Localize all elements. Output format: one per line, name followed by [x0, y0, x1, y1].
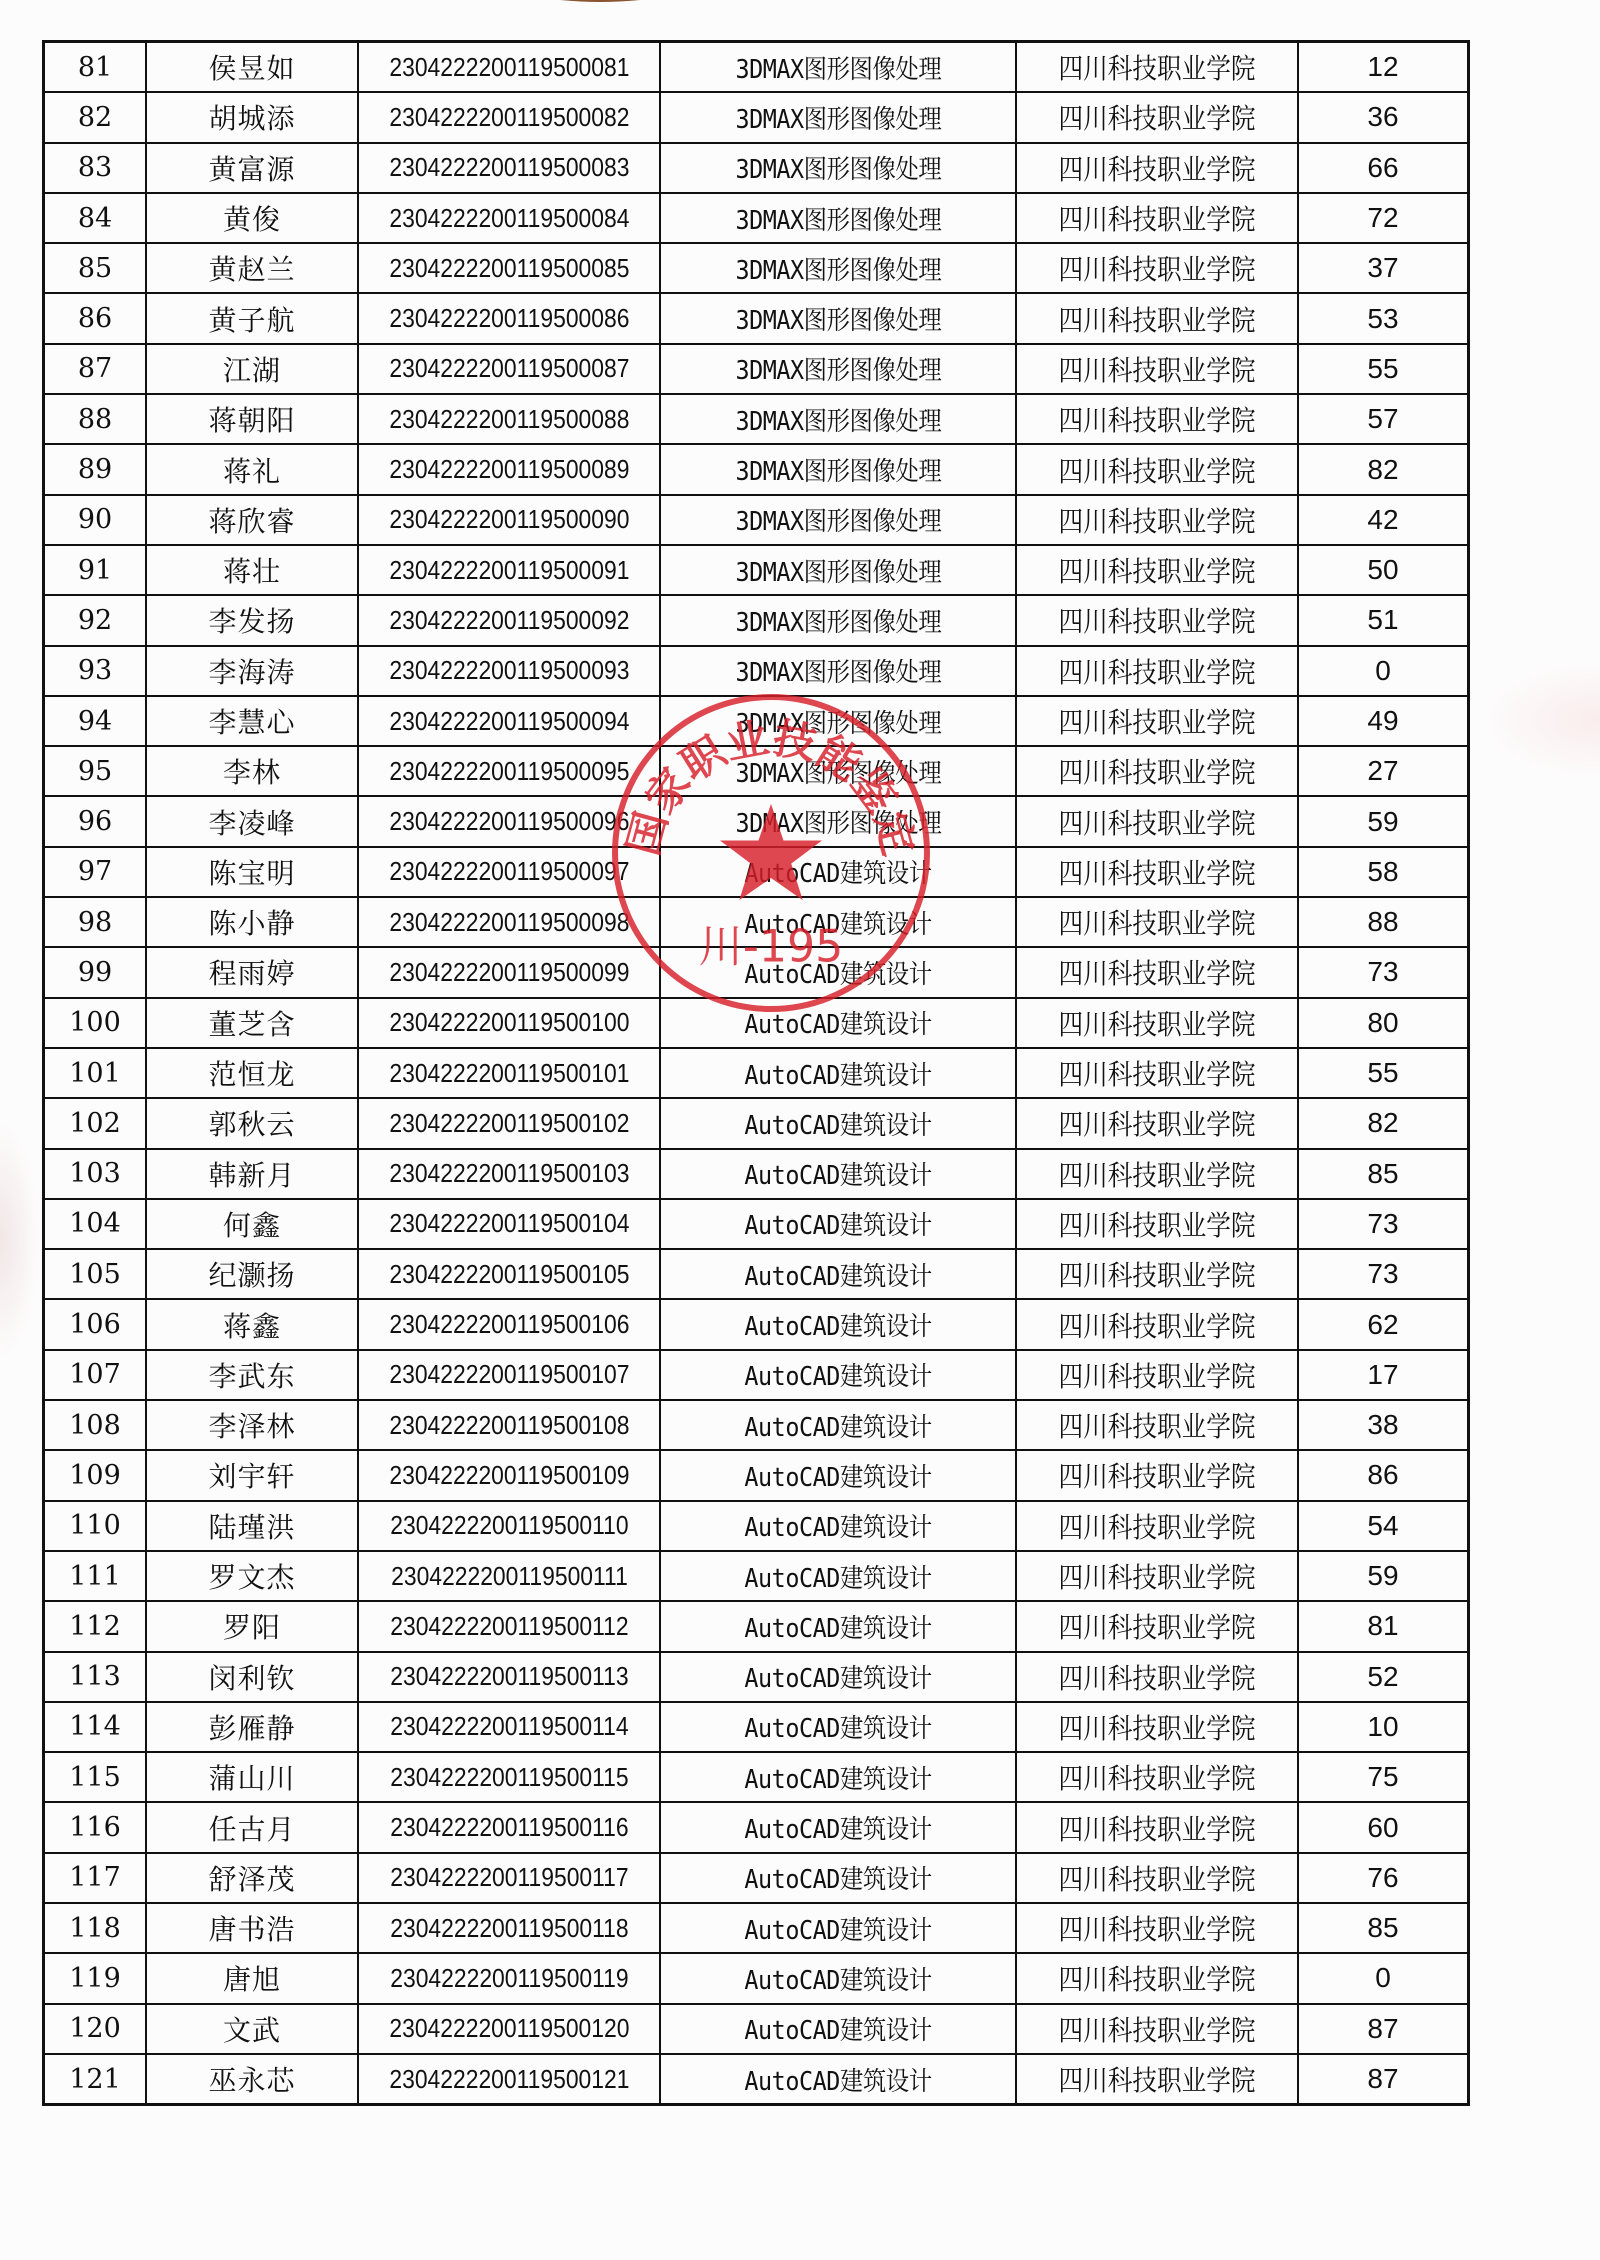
cell-number: 97 [44, 847, 147, 897]
cell-id-text: 2304222200119500100 [389, 1007, 629, 1038]
cell-number: 111 [44, 1551, 147, 1601]
cell-course-text: 3DMAX图形图像处理 [735, 350, 941, 387]
cell-score-text: 27 [1367, 755, 1398, 786]
cell-no-text: 113 [69, 1661, 121, 1692]
cell-score-text: 10 [1367, 1711, 1398, 1742]
table-row: 118 唐书浩 2304222200119500118 AutoCAD建筑设计 … [44, 1903, 1469, 1953]
table-row: 87 江湖 2304222200119500087 3DMAX图形图像处理 四川… [44, 344, 1469, 394]
table-row: 108 李泽林 2304222200119500108 AutoCAD建筑设计 … [44, 1400, 1469, 1450]
table-row: 115 蒲山川 2304222200119500115 AutoCAD建筑设计 … [44, 1752, 1469, 1802]
cell-id-text: 2304222200119500094 [389, 706, 629, 737]
cell-exam-id: 2304222200119500098 [358, 897, 660, 947]
cell-number: 86 [44, 293, 147, 343]
cell-exam-id: 2304222200119500089 [358, 444, 660, 494]
cell-exam-id: 2304222200119500104 [358, 1199, 660, 1249]
cell-school: 四川科技职业学院 [1016, 1400, 1298, 1450]
cell-name-text: 陈宝明 [208, 857, 295, 890]
cell-name-text: 罗文杰 [208, 1561, 295, 1594]
cell-name-text: 蒋欣睿 [208, 505, 295, 538]
cell-exam-id: 2304222200119500106 [358, 1299, 660, 1349]
cell-exam-id: 2304222200119500115 [358, 1752, 660, 1802]
cell-school: 四川科技职业学院 [1016, 495, 1298, 545]
cell-course: AutoCAD建筑设计 [660, 1501, 1016, 1551]
table-row: 120 文武 2304222200119500120 AutoCAD建筑设计 四… [44, 2004, 1469, 2054]
cell-name-text: 李泽林 [208, 1410, 295, 1443]
cell-school: 四川科技职业学院 [1016, 1450, 1298, 1500]
cell-id-text: 2304222200119500120 [389, 2013, 629, 2044]
cell-number: 87 [44, 344, 147, 394]
cell-course: AutoCAD建筑设计 [660, 1350, 1016, 1400]
cell-name: 董芝含 [146, 998, 358, 1048]
cell-score-text: 57 [1367, 403, 1398, 434]
cell-course-text: AutoCAD建筑设计 [744, 954, 931, 991]
cell-course-text: AutoCAD建筑设计 [744, 1558, 931, 1595]
cell-course-text: AutoCAD建筑设计 [744, 1960, 931, 1997]
cell-id-text: 2304222200119500116 [390, 1812, 628, 1843]
cell-id-text: 2304222200119500091 [389, 555, 629, 586]
cell-score-text: 53 [1367, 303, 1398, 334]
cell-course-text: AutoCAD建筑设计 [744, 1205, 931, 1242]
cell-exam-id: 2304222200119500108 [358, 1400, 660, 1450]
table-row: 116 任古月 2304222200119500116 AutoCAD建筑设计 … [44, 1802, 1469, 1852]
cell-school-text: 四川科技职业学院 [1058, 1305, 1255, 1345]
cell-school: 四川科技职业学院 [1016, 1350, 1298, 1400]
cell-school-text: 四川科技职业学院 [1058, 600, 1255, 640]
cell-exam-id: 2304222200119500097 [358, 847, 660, 897]
cell-exam-id: 2304222200119500121 [358, 2054, 660, 2105]
cell-course: AutoCAD建筑设计 [660, 1652, 1016, 1702]
cell-score: 54 [1298, 1501, 1469, 1551]
cell-no-text: 121 [69, 2064, 121, 2095]
cell-number: 117 [44, 1853, 147, 1903]
cell-course: AutoCAD建筑设计 [660, 2054, 1016, 2105]
cell-name: 胡城添 [146, 92, 358, 142]
cell-exam-id: 2304222200119500110 [358, 1501, 660, 1551]
cell-course-text: AutoCAD建筑设计 [744, 2010, 931, 2047]
cell-school-text: 四川科技职业学院 [1058, 2059, 1255, 2099]
cell-school-text: 四川科技职业学院 [1058, 97, 1255, 137]
cell-score: 76 [1298, 1853, 1469, 1903]
cell-score: 36 [1298, 92, 1469, 142]
cell-name: 黄子航 [146, 293, 358, 343]
cell-id-text: 2304222200119500084 [389, 203, 629, 234]
cell-school: 四川科技职业学院 [1016, 143, 1298, 193]
cell-no-text: 104 [69, 1208, 121, 1239]
cell-school: 四川科技职业学院 [1016, 1149, 1298, 1199]
cell-id-text: 2304222200119500118 [390, 1913, 628, 1944]
cell-school-text: 四川科技职业学院 [1058, 2009, 1255, 2049]
cell-exam-id: 2304222200119500119 [358, 1953, 660, 2003]
cell-score-text: 12 [1367, 51, 1398, 82]
cell-score: 55 [1298, 1048, 1469, 1098]
cell-course: AutoCAD建筑设计 [660, 1098, 1016, 1148]
cell-course-text: 3DMAX图形图像处理 [735, 49, 941, 86]
cell-id-text: 2304222200119500097 [389, 856, 629, 887]
cell-course: 3DMAX图形图像处理 [660, 646, 1016, 696]
table-row: 103 韩新月 2304222200119500103 AutoCAD建筑设计 … [44, 1149, 1469, 1199]
cell-number: 98 [44, 897, 147, 947]
cell-no-text: 94 [78, 706, 112, 737]
cell-name-text: 程雨婷 [208, 957, 295, 990]
cell-exam-id: 2304222200119500095 [358, 746, 660, 796]
cell-score-text: 49 [1367, 705, 1398, 736]
cell-school-text: 四川科技职业学院 [1058, 701, 1255, 741]
cell-school: 四川科技职业学院 [1016, 1299, 1298, 1349]
cell-school-text: 四川科技职业学院 [1058, 1858, 1255, 1898]
cell-name-text: 蒋朝阳 [208, 404, 295, 437]
cell-number: 101 [44, 1048, 147, 1098]
cell-school: 四川科技职业学院 [1016, 444, 1298, 494]
page-smudge [0, 1120, 40, 1360]
cell-name: 舒泽茂 [146, 1853, 358, 1903]
cell-number: 115 [44, 1752, 147, 1802]
cell-school-text: 四川科技职业学院 [1058, 399, 1255, 439]
cell-name-text: 唐书浩 [208, 1913, 295, 1946]
cell-score-text: 88 [1367, 906, 1398, 937]
cell-school-text: 四川科技职业学院 [1058, 550, 1255, 590]
cell-id-text: 2304222200119500117 [390, 1862, 628, 1893]
cell-school: 四川科技职业学院 [1016, 897, 1298, 947]
table-row: 92 李发扬 2304222200119500092 3DMAX图形图像处理 四… [44, 595, 1469, 645]
cell-name: 李海涛 [146, 646, 358, 696]
cell-course: AutoCAD建筑设计 [660, 1551, 1016, 1601]
cell-course: AutoCAD建筑设计 [660, 847, 1016, 897]
cell-name: 罗阳 [146, 1601, 358, 1651]
cell-course-text: AutoCAD建筑设计 [744, 1809, 931, 1846]
cell-name-text: 罗阳 [223, 1611, 281, 1644]
cell-school-text: 四川科技职业学院 [1058, 1657, 1255, 1697]
cell-course-text: AutoCAD建筑设计 [744, 1055, 931, 1092]
cell-id-text: 2304222200119500083 [389, 152, 629, 183]
cell-course-text: AutoCAD建筑设计 [744, 1859, 931, 1896]
cell-id-text: 2304222200119500092 [389, 605, 629, 636]
cell-score-text: 76 [1367, 1862, 1398, 1893]
cell-score: 88 [1298, 897, 1469, 947]
cell-exam-id: 2304222200119500116 [358, 1802, 660, 1852]
cell-name: 江湖 [146, 344, 358, 394]
cell-score: 87 [1298, 2054, 1469, 2105]
cell-school: 四川科技职业学院 [1016, 1652, 1298, 1702]
cell-school: 四川科技职业学院 [1016, 92, 1298, 142]
cell-school-text: 四川科技职业学院 [1058, 1103, 1255, 1143]
cell-course-text: AutoCAD建筑设计 [744, 1708, 931, 1745]
cell-school-text: 四川科技职业学院 [1058, 1606, 1255, 1646]
cell-score: 49 [1298, 696, 1469, 746]
cell-score-text: 73 [1367, 1208, 1398, 1239]
cell-score: 17 [1298, 1350, 1469, 1400]
cell-number: 95 [44, 746, 147, 796]
cell-no-text: 102 [69, 1108, 121, 1139]
cell-no-text: 110 [69, 1510, 121, 1541]
cell-no-text: 92 [78, 605, 112, 636]
cell-school: 四川科技职业学院 [1016, 293, 1298, 343]
cell-number: 91 [44, 545, 147, 595]
cell-score-text: 73 [1367, 1258, 1398, 1289]
cell-school-text: 四川科技职业学院 [1058, 1405, 1255, 1445]
table-row: 114 彭雁静 2304222200119500114 AutoCAD建筑设计 … [44, 1702, 1469, 1752]
cell-exam-id: 2304222200119500096 [358, 796, 660, 846]
cell-id-text: 2304222200119500121 [389, 2064, 629, 2095]
cell-course-text: AutoCAD建筑设计 [744, 853, 931, 890]
cell-exam-id: 2304222200119500112 [358, 1601, 660, 1651]
table-row: 112 罗阳 2304222200119500112 AutoCAD建筑设计 四… [44, 1601, 1469, 1651]
table-row: 84 黄俊 2304222200119500084 3DMAX图形图像处理 四川… [44, 193, 1469, 243]
cell-course: 3DMAX图形图像处理 [660, 545, 1016, 595]
cell-score: 73 [1298, 1249, 1469, 1299]
cell-name-text: 范恒龙 [208, 1058, 295, 1091]
cell-id-text: 2304222200119500106 [389, 1309, 629, 1340]
cell-name-text: 陈小静 [208, 907, 295, 940]
cell-school: 四川科技职业学院 [1016, 796, 1298, 846]
cell-score-text: 55 [1367, 1057, 1398, 1088]
cell-no-text: 84 [78, 203, 112, 234]
table-row: 107 李武东 2304222200119500107 AutoCAD建筑设计 … [44, 1350, 1469, 1400]
cell-name-text: 郭秋云 [208, 1108, 295, 1141]
cell-score-text: 51 [1367, 604, 1398, 635]
cell-exam-id: 2304222200119500114 [358, 1702, 660, 1752]
cell-score-text: 54 [1367, 1510, 1398, 1541]
cell-name-text: 李慧心 [208, 706, 295, 739]
cell-course: AutoCAD建筑设计 [660, 1199, 1016, 1249]
cell-id-text: 2304222200119500093 [389, 655, 629, 686]
cell-score: 57 [1298, 394, 1469, 444]
cell-course: 3DMAX图形图像处理 [660, 444, 1016, 494]
cell-name: 纪灏扬 [146, 1249, 358, 1299]
cell-score-text: 37 [1367, 252, 1398, 283]
cell-name: 蒋壮 [146, 545, 358, 595]
cell-score: 86 [1298, 1450, 1469, 1500]
cell-score-text: 0 [1375, 655, 1391, 686]
cell-school: 四川科技职业学院 [1016, 1551, 1298, 1601]
cell-name: 蒋欣睿 [146, 495, 358, 545]
cell-number: 114 [44, 1702, 147, 1752]
cell-name: 蒋礼 [146, 444, 358, 494]
cell-course-text: 3DMAX图形图像处理 [735, 300, 941, 337]
cell-id-text: 2304222200119500098 [389, 907, 629, 938]
cell-name: 黄赵兰 [146, 243, 358, 293]
cell-score: 27 [1298, 746, 1469, 796]
cell-no-text: 85 [78, 253, 112, 284]
cell-no-text: 101 [69, 1058, 121, 1089]
cell-name: 唐旭 [146, 1953, 358, 2003]
cell-no-text: 100 [69, 1007, 121, 1038]
cell-course: AutoCAD建筑设计 [660, 1903, 1016, 1953]
cell-name: 韩新月 [146, 1149, 358, 1199]
cell-score: 37 [1298, 243, 1469, 293]
cell-score: 82 [1298, 1098, 1469, 1148]
cell-number: 84 [44, 193, 147, 243]
cell-name: 蒲山川 [146, 1752, 358, 1802]
cell-score: 51 [1298, 595, 1469, 645]
cell-course-text: 3DMAX图形图像处理 [735, 250, 941, 287]
table-row: 99 程雨婷 2304222200119500099 AutoCAD建筑设计 四… [44, 947, 1469, 997]
cell-name-text: 李凌峰 [208, 807, 295, 840]
cell-number: 93 [44, 646, 147, 696]
cell-name-text: 胡城添 [208, 102, 295, 135]
cell-course-text: 3DMAX图形图像处理 [735, 652, 941, 689]
cell-course: 3DMAX图形图像处理 [660, 495, 1016, 545]
cell-number: 113 [44, 1652, 147, 1702]
cell-score: 80 [1298, 998, 1469, 1048]
cell-number: 107 [44, 1350, 147, 1400]
cell-no-text: 103 [69, 1158, 121, 1189]
cell-course-text: AutoCAD建筑设计 [744, 1910, 931, 1947]
cell-number: 104 [44, 1199, 147, 1249]
cell-no-text: 109 [69, 1460, 121, 1491]
cell-number: 100 [44, 998, 147, 1048]
cell-no-text: 116 [69, 1812, 121, 1843]
table-row: 102 郭秋云 2304222200119500102 AutoCAD建筑设计 … [44, 1098, 1469, 1148]
cell-course: AutoCAD建筑设计 [660, 947, 1016, 997]
cell-id-text: 2304222200119500090 [389, 504, 629, 535]
cell-course: AutoCAD建筑设计 [660, 1048, 1016, 1098]
cell-score-text: 55 [1367, 353, 1398, 384]
cell-exam-id: 2304222200119500086 [358, 293, 660, 343]
cell-score-text: 87 [1367, 2013, 1398, 2044]
cell-course: AutoCAD建筑设计 [660, 897, 1016, 947]
cell-exam-id: 2304222200119500092 [358, 595, 660, 645]
cell-name: 郭秋云 [146, 1098, 358, 1148]
cell-school-text: 四川科技职业学院 [1058, 1958, 1255, 1998]
cell-name: 陈小静 [146, 897, 358, 947]
cell-score-text: 42 [1367, 504, 1398, 535]
cell-school: 四川科技职业学院 [1016, 998, 1298, 1048]
cell-name: 李泽林 [146, 1400, 358, 1450]
cell-exam-id: 2304222200119500100 [358, 998, 660, 1048]
cell-school-text: 四川科技职业学院 [1058, 450, 1255, 490]
cell-id-text: 2304222200119500086 [389, 303, 629, 334]
cell-course: 3DMAX图形图像处理 [660, 193, 1016, 243]
cell-school: 四川科技职业学院 [1016, 344, 1298, 394]
cell-course: 3DMAX图形图像处理 [660, 92, 1016, 142]
cell-name: 李慧心 [146, 696, 358, 746]
cell-name-text: 任古月 [208, 1813, 295, 1846]
cell-score-text: 82 [1367, 454, 1398, 485]
cell-id-text: 2304222200119500104 [389, 1208, 629, 1239]
cell-course-text: AutoCAD建筑设计 [744, 1155, 931, 1192]
cell-id-text: 2304222200119500095 [389, 756, 629, 787]
cell-school: 四川科技职业学院 [1016, 595, 1298, 645]
cell-school: 四川科技职业学院 [1016, 394, 1298, 444]
cell-school-text: 四川科技职业学院 [1058, 902, 1255, 942]
cell-course-text: AutoCAD建筑设计 [744, 2061, 931, 2098]
cell-course: AutoCAD建筑设计 [660, 1249, 1016, 1299]
table-row: 81 侯昱如 2304222200119500081 3DMAX图形图像处理 四… [44, 42, 1469, 93]
cell-id-text: 2304222200119500114 [390, 1711, 628, 1742]
cell-school-text: 四川科技职业学院 [1058, 1908, 1255, 1948]
cell-no-text: 89 [78, 454, 112, 485]
cell-number: 85 [44, 243, 147, 293]
cell-number: 120 [44, 2004, 147, 2054]
cell-school-text: 四川科技职业学院 [1058, 852, 1255, 892]
cell-course: AutoCAD建筑设计 [660, 1149, 1016, 1199]
table-row: 86 黄子航 2304222200119500086 3DMAX图形图像处理 四… [44, 293, 1469, 343]
cell-name-text: 黄子航 [208, 304, 295, 337]
table-row: 117 舒泽茂 2304222200119500117 AutoCAD建筑设计 … [44, 1853, 1469, 1903]
cell-score: 42 [1298, 495, 1469, 545]
cell-course-text: 3DMAX图形图像处理 [735, 501, 941, 538]
cell-exam-id: 2304222200119500091 [358, 545, 660, 595]
table-row: 105 纪灏扬 2304222200119500105 AutoCAD建筑设计 … [44, 1249, 1469, 1299]
cell-school: 四川科技职业学院 [1016, 2004, 1298, 2054]
cell-name-text: 董芝含 [208, 1008, 295, 1041]
cell-school-text: 四川科技职业学院 [1058, 751, 1255, 791]
cell-number: 119 [44, 1953, 147, 2003]
cell-school-text: 四川科技职业学院 [1058, 1757, 1255, 1797]
cell-course: 3DMAX图形图像处理 [660, 696, 1016, 746]
cell-no-text: 83 [78, 152, 112, 183]
cell-no-text: 105 [69, 1259, 121, 1290]
cell-school: 四川科技职业学院 [1016, 1752, 1298, 1802]
cell-exam-id: 2304222200119500093 [358, 646, 660, 696]
cell-id-text: 2304222200119500101 [389, 1058, 629, 1089]
cell-course: AutoCAD建筑设计 [660, 2004, 1016, 2054]
table-row: 101 范恒龙 2304222200119500101 AutoCAD建筑设计 … [44, 1048, 1469, 1098]
cell-name: 范恒龙 [146, 1048, 358, 1098]
cell-course: AutoCAD建筑设计 [660, 1450, 1016, 1500]
cell-course-text: AutoCAD建筑设计 [744, 904, 931, 941]
cell-score: 72 [1298, 193, 1469, 243]
cell-name: 何鑫 [146, 1199, 358, 1249]
cell-school: 四川科技职业学院 [1016, 847, 1298, 897]
cell-name: 陈宝明 [146, 847, 358, 897]
cell-exam-id: 2304222200119500084 [358, 193, 660, 243]
cell-name-text: 李武东 [208, 1360, 295, 1393]
cell-school-text: 四川科技职业学院 [1058, 1455, 1255, 1495]
cell-score-text: 0 [1375, 1962, 1391, 1993]
table-row: 93 李海涛 2304222200119500093 3DMAX图形图像处理 四… [44, 646, 1469, 696]
cell-name-text: 陆瑾洪 [208, 1511, 295, 1544]
score-table: 81 侯昱如 2304222200119500081 3DMAX图形图像处理 四… [42, 40, 1470, 2106]
cell-course-text: AutoCAD建筑设计 [744, 1608, 931, 1645]
cell-course: AutoCAD建筑设计 [660, 1702, 1016, 1752]
cell-course-text: AutoCAD建筑设计 [744, 1004, 931, 1041]
cell-id-text: 2304222200119500082 [389, 102, 629, 133]
cell-no-text: 114 [69, 1711, 121, 1742]
cell-school: 四川科技职业学院 [1016, 1802, 1298, 1852]
table-row: 97 陈宝明 2304222200119500097 AutoCAD建筑设计 四… [44, 847, 1469, 897]
cell-school: 四川科技职业学院 [1016, 42, 1298, 93]
cell-number: 118 [44, 1903, 147, 1953]
cell-no-text: 112 [69, 1611, 121, 1642]
cell-course-text: AutoCAD建筑设计 [744, 1105, 931, 1142]
cell-id-text: 2304222200119500103 [389, 1158, 629, 1189]
cell-school-text: 四川科技职业学院 [1058, 248, 1255, 288]
cell-name: 李发扬 [146, 595, 358, 645]
cell-number: 106 [44, 1299, 147, 1349]
cell-name: 任古月 [146, 1802, 358, 1852]
cell-name: 黄富源 [146, 143, 358, 193]
cell-school-text: 四川科技职业学院 [1058, 1707, 1255, 1747]
cell-name-text: 文武 [223, 2014, 281, 2047]
cell-course: 3DMAX图形图像处理 [660, 394, 1016, 444]
cell-school-text: 四川科技职业学院 [1058, 500, 1255, 540]
cell-score-text: 72 [1367, 202, 1398, 233]
cell-course-text: AutoCAD建筑设计 [744, 1658, 931, 1695]
cell-no-text: 88 [78, 404, 112, 435]
cell-score: 38 [1298, 1400, 1469, 1450]
cell-number: 109 [44, 1450, 147, 1500]
cell-school-text: 四川科技职业学院 [1058, 1506, 1255, 1546]
cell-no-text: 108 [69, 1410, 121, 1441]
cell-school: 四川科技职业学院 [1016, 1199, 1298, 1249]
cell-school: 四川科技职业学院 [1016, 1098, 1298, 1148]
table-row: 82 胡城添 2304222200119500082 3DMAX图形图像处理 四… [44, 92, 1469, 142]
table-row: 98 陈小静 2304222200119500098 AutoCAD建筑设计 四… [44, 897, 1469, 947]
cell-course: 3DMAX图形图像处理 [660, 293, 1016, 343]
cell-no-text: 90 [78, 504, 112, 535]
cell-school: 四川科技职业学院 [1016, 746, 1298, 796]
